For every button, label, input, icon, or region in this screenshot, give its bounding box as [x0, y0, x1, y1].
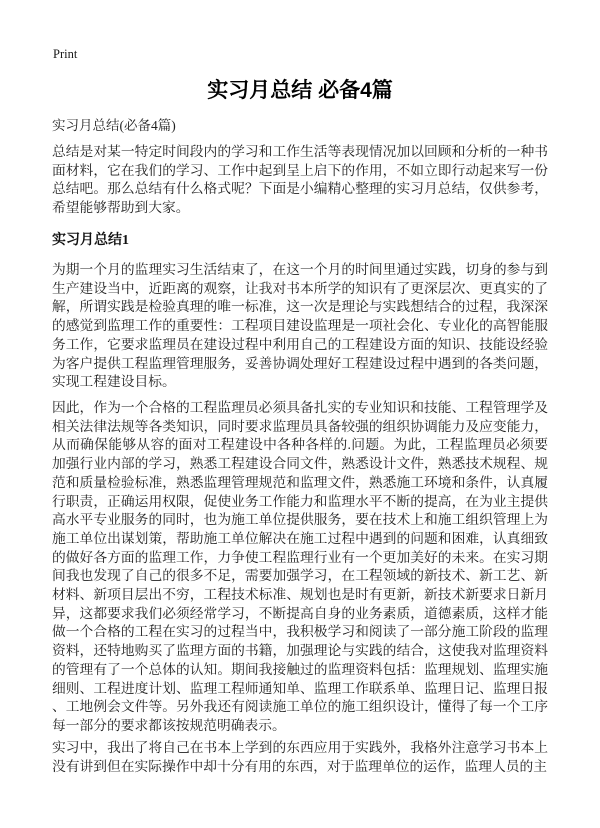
document-title: 实习月总结 必备4篇	[0, 78, 600, 104]
body-paragraph: 为期一个月的监理实习生活结束了，在这一个月的时间里通过实践，切身的参与到生产建设…	[52, 261, 548, 392]
document-page: Print 实习月总结 必备4篇 实习月总结(必备4篇) 总结是对某一特定时间段…	[0, 0, 600, 828]
section-heading: 实习月总结1	[52, 231, 129, 250]
body-paragraph: 因此，作为一个合格的工程监理员必须具备扎实的专业知识和技能、工程管理学及相关法律…	[52, 399, 548, 736]
intro-paragraph: 总结是对某一特定时间段内的学习和工作生活等表现情况加以回顾和分析的一种书面材料，…	[52, 143, 548, 218]
body-paragraph: 实习中，我出了将自己在书本上学到的东西应用于实践外，我格外注意学习书本上没有讲到…	[52, 739, 548, 776]
print-link[interactable]: Print	[53, 47, 77, 61]
document-subtitle: 实习月总结(必备4篇)	[52, 117, 176, 135]
